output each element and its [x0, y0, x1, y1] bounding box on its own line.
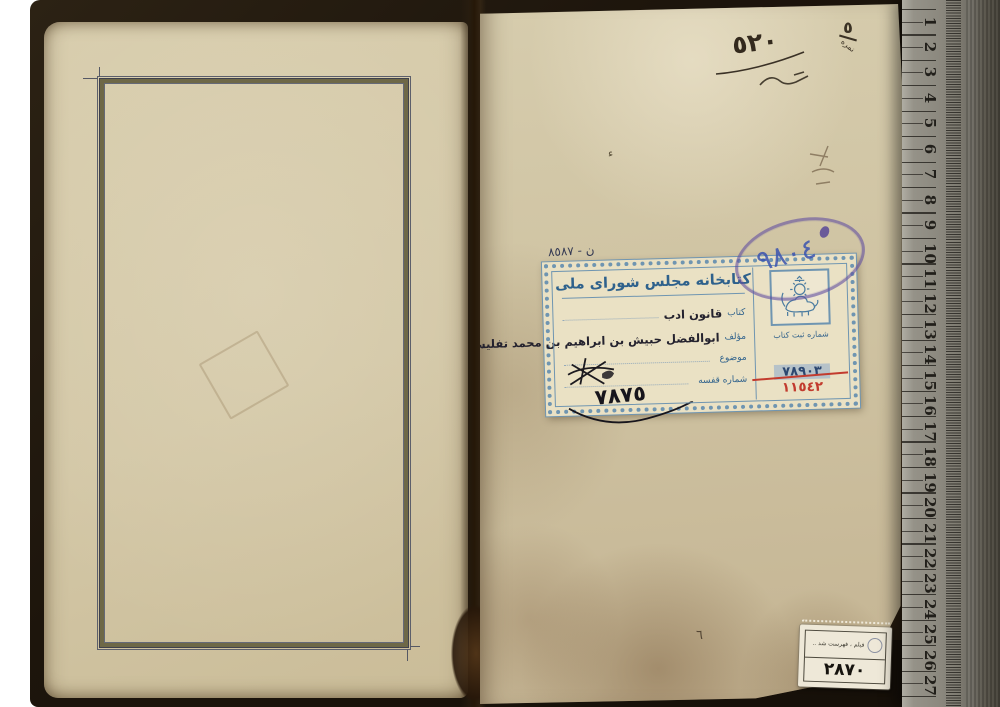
ruler-number: 2 — [921, 39, 939, 55]
ruler-cm-tick — [902, 212, 936, 213]
field-label: کتاب — [727, 308, 746, 321]
ruler-cm-tick — [902, 162, 936, 163]
ruler-half-cm-tick — [902, 98, 923, 99]
ruler-number: 18 — [921, 446, 939, 462]
ruler-number: 20 — [921, 497, 939, 513]
ruler-half-cm-tick — [902, 632, 923, 633]
ruler-half-cm-tick — [902, 276, 923, 277]
ruler-cm-tick — [902, 518, 936, 519]
ruler-cm-tick — [902, 416, 936, 417]
ruler-cm-tick — [902, 696, 936, 697]
ruler-half-cm-tick — [902, 480, 923, 481]
field-value: قانون ادب — [663, 307, 722, 323]
ruler-half-cm-tick — [902, 352, 923, 353]
tiny-ink-mark: ء — [608, 147, 613, 160]
bookplate-rows: کتابقانون ادبمؤلفابوالفضل حبیش بن ابراهی… — [562, 294, 748, 401]
ink-scribble — [758, 70, 812, 92]
ruler-half-cm-tick — [902, 72, 923, 73]
ruler-number: 8 — [921, 192, 939, 208]
ruler-mm-ticks — [946, 0, 961, 707]
ruler-number: 27 — [921, 675, 939, 691]
ruler-number: 23 — [921, 573, 939, 589]
ruler-number: 5 — [921, 115, 939, 131]
ruler-half-cm-tick — [902, 454, 923, 455]
ruler: 1234567891011121314151617181920212223242… — [902, 0, 1000, 707]
frame-overshoot-line — [407, 649, 408, 661]
registration-number-red: ١١٥٤٢ — [758, 378, 846, 396]
ruler-half-cm-tick — [902, 378, 923, 379]
pencil-scribble — [802, 142, 844, 194]
ruler-number: 9 — [921, 217, 939, 233]
registration-numbers: ٧٨٩٠٣ ١١٥٤٢ — [758, 359, 847, 396]
ruler-number: 13 — [921, 319, 939, 335]
field-label: مؤلف — [724, 332, 746, 345]
shelf-number-flourish — [565, 401, 698, 431]
ruler-half-cm-tick — [902, 149, 923, 150]
ruler-half-cm-tick — [902, 123, 923, 124]
ruler-cm-tick — [902, 467, 936, 468]
ruler-number: 21 — [921, 523, 939, 539]
corner-label-frame: فیلم ، فهرست شد .. ٢٨٧٠ — [803, 630, 887, 685]
ruler-cm-tick — [902, 314, 936, 315]
ruler-cm-tick — [902, 9, 936, 10]
ruler-edge-texture — [966, 0, 1000, 707]
bookplate-title: کتابخانه مجلس شورای ملی — [555, 272, 751, 293]
ruler-cm-tick — [902, 289, 936, 290]
frame-overshoot-line — [83, 78, 98, 79]
frame-overshoot-line — [99, 67, 100, 77]
ruler-number: 26 — [921, 650, 939, 666]
ruler-half-cm-tick — [902, 683, 923, 684]
pen-registration-note: ن - ٨٥٨٧ — [548, 243, 595, 259]
bookplate-main: کتابخانه مجلس شورای ملی کتابقانون ادبمؤل… — [553, 268, 756, 406]
ruler-half-cm-tick — [902, 658, 923, 659]
right-page: ٥٢٠ ٥ نمره ء ن - ٨٥٨٧ — [480, 4, 904, 704]
ruler-number: 16 — [921, 395, 939, 411]
field-label: شماره قفسه — [698, 374, 747, 387]
corner-catalog-label: فیلم ، فهرست شد .. ٢٨٧٠ — [798, 624, 892, 689]
ruler-half-cm-tick — [902, 531, 923, 532]
ruler-half-cm-tick — [902, 174, 923, 175]
ruler-cm-tick — [902, 136, 936, 137]
ruler-number: 7 — [921, 166, 939, 182]
ruler-half-cm-tick — [902, 251, 923, 252]
ruler-half-cm-tick — [902, 225, 923, 226]
bookplate-field-row: کتابقانون ادب — [562, 306, 745, 325]
field-value: ابوالفضل حبیش بن ابراهیم بن محمد تفلیسی — [462, 330, 719, 351]
ruler-number: 25 — [921, 624, 939, 640]
left-page — [44, 22, 468, 698]
ruler-number: 19 — [921, 472, 939, 488]
ruler-cm-tick — [902, 34, 936, 35]
ruler-half-cm-tick — [902, 47, 923, 48]
dotted-leader — [563, 317, 659, 322]
ruler-number: 3 — [921, 64, 939, 80]
corner-label-top-row: فیلم ، فهرست شد .. — [805, 631, 886, 660]
ruler-half-cm-tick — [902, 581, 923, 582]
ruler-number: 1 — [921, 14, 939, 30]
ruler-number: 15 — [921, 370, 939, 386]
ruler-number: 10 — [921, 243, 939, 259]
ruler-cm-tick — [902, 569, 936, 570]
frame-overshoot-line — [410, 646, 420, 647]
ruler-half-cm-tick — [902, 607, 923, 608]
ruler-cm-tick — [902, 60, 936, 61]
ruler-half-cm-tick — [902, 22, 923, 23]
ruler-number: 4 — [921, 90, 939, 106]
manuscript-photo: ٥٢٠ ٥ نمره ء ن - ٨٥٨٧ — [0, 0, 1000, 707]
ruler-number: 12 — [921, 293, 939, 309]
ruler-cm-tick — [902, 238, 936, 239]
ruler-number: 22 — [921, 548, 939, 564]
round-stamp-icon — [867, 638, 883, 654]
ruler-number: 24 — [921, 599, 939, 615]
ruler-cm-tick — [902, 645, 936, 646]
field-label: موضوع — [719, 353, 746, 366]
faint-foliation-mark: ٦ — [696, 628, 703, 643]
ruler-cm-tick — [902, 85, 936, 86]
ruler-half-cm-tick — [902, 429, 923, 430]
ruler-number: 6 — [921, 141, 939, 157]
ruler-cm-tick — [902, 594, 936, 595]
ruler-half-cm-tick — [902, 327, 923, 328]
ruler-half-cm-tick — [902, 556, 923, 557]
ruler-half-cm-tick — [902, 505, 923, 506]
ruler-cm-tick — [902, 111, 936, 112]
corner-label-note: فیلم ، فهرست شد .. — [812, 640, 864, 649]
side-caption: شماره ثبت کتاب — [773, 329, 829, 340]
ruler-number: 11 — [921, 268, 939, 284]
bookplate-field-row: مؤلفابوالفضل حبیش بن ابراهیم بن محمد تفل… — [563, 330, 746, 349]
ruler-half-cm-tick — [902, 200, 923, 201]
ruler-cm-tick — [902, 187, 936, 188]
corner-label-number: ٢٨٧٠ — [804, 657, 885, 683]
ruler-number: 14 — [921, 344, 939, 360]
ruler-number: 17 — [921, 421, 939, 437]
ruler-half-cm-tick — [902, 301, 923, 302]
ruler-half-cm-tick — [902, 403, 923, 404]
corner-number-fraction: ٥ نمره — [836, 18, 860, 50]
ruler-cm-tick — [902, 365, 936, 366]
